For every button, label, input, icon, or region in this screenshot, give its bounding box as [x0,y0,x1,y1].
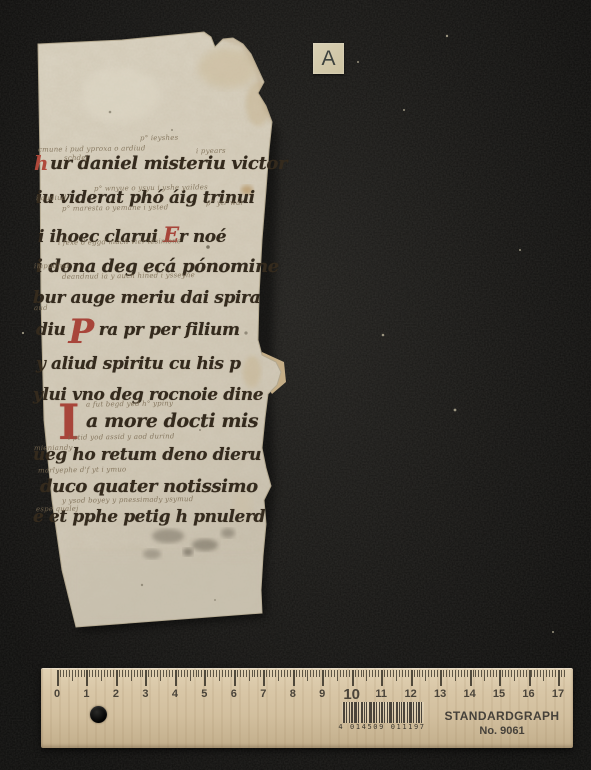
sequence-label-letter: A [321,47,335,71]
ruler-number: 10 [343,686,360,703]
ruler-tick [272,670,273,677]
ruler-tick [145,670,147,686]
ruler-tick [60,670,61,677]
ruler-tick [555,670,556,677]
ruler-tick [331,670,332,677]
ruler-tick [196,670,197,677]
ruler-tick [496,670,497,677]
ruler-tick [470,670,472,686]
ruler-tick [358,670,359,677]
ruler-tick [237,670,238,677]
ruler-tick [399,670,400,677]
barcode-bar [381,702,383,723]
photo-stage: h ur daniel misteriu victor iu viderat p… [0,0,591,770]
ruler-tick [387,670,388,677]
ruler-tick [431,670,432,677]
ruler-tick [369,670,370,677]
ruler-tick [363,670,364,677]
ruler-number: 11 [375,688,387,700]
ruler-tick [319,670,320,677]
ruler-tick [531,670,532,677]
ruler-tick [475,670,476,677]
ruler-tick [281,670,282,677]
barcode-bar [403,702,405,723]
ruler-tick [57,670,59,686]
ruler-tick [175,670,177,686]
ruler-tick [66,670,67,677]
ruler-number: 7 [260,688,266,700]
ruler-tick [187,670,188,677]
barcode-digits: 4 014509 011197 [336,723,428,731]
ruler-tick [316,670,317,677]
ruler-number: 12 [405,688,417,700]
ruler-tick [163,670,164,677]
ruler-tick [125,670,126,677]
barcode-bar [373,702,375,723]
ruler-tick [549,670,550,677]
ruler-tick [89,670,90,677]
ruler-tick [72,670,73,681]
ruler-tick [508,670,509,677]
ruler-tick [458,670,459,677]
ruler-tick [302,670,303,677]
ruler-tick [396,670,397,681]
ruler-tick [352,670,354,686]
ruler-tick [210,670,211,677]
ruler-tick [461,670,462,677]
ruler-tick [523,670,524,677]
ruler-tick [328,670,329,677]
ruler-tick [534,670,535,677]
ruler-tick [78,670,79,677]
ruler-tick [84,670,85,677]
ruler-tick [128,670,129,677]
ruler-tick [514,670,515,681]
ruler-tick [543,670,544,681]
ruler-tick [148,670,149,677]
ruler-tick [411,670,413,686]
ruler-tick [505,670,506,677]
ruler-tick [299,670,300,677]
ruler-tick [201,670,202,677]
ruler-tick [334,670,335,677]
ruler-tick [422,670,423,677]
ruler-tick [473,670,474,677]
ruler-tick [296,670,297,677]
ruler-tick [240,670,241,677]
ruler-tick [449,670,450,677]
ruler-number: 6 [231,688,237,700]
scene-graphic [0,0,591,770]
ruler-brand: STANDARDGRAPH [437,709,567,723]
ruler-tick [307,670,308,681]
ruler-tick [552,670,553,677]
ruler-tick [157,670,158,677]
ruler-tick [63,670,64,677]
ruler-tick [511,670,512,677]
ruler-tick [487,670,488,677]
ruler-tick [198,670,199,677]
ruler-tick [340,670,341,677]
barcode-bar [379,702,380,723]
barcode-bar [399,702,400,723]
ruler-tick [361,670,362,677]
ruler-tick [419,670,420,677]
ruler-tick [228,670,229,677]
ruler-tick [254,670,255,677]
sequence-label-tile: A [313,43,344,74]
barcode-bar [396,702,398,723]
ruler-tick [372,670,373,677]
ruler-tick [414,670,415,677]
ruler-tick [343,670,344,677]
ruler-tick [104,670,105,677]
ruler-tick [437,670,438,677]
ruler-tick [181,670,182,677]
ruler-tick [499,670,501,686]
ruler-number: 13 [434,688,446,700]
ruler-tick [517,670,518,677]
barcode-bar [401,702,402,723]
barcode-bar [416,702,417,723]
barcode-bar [409,702,412,723]
ruler-tick [546,670,547,677]
ruler-number: 4 [172,688,178,700]
ruler-tick [178,670,179,677]
barcode-bar [384,702,385,723]
ruler-tick [110,670,111,677]
barcode-bar [418,702,420,723]
ruler-tick [95,670,96,677]
ruler-tick [390,670,391,677]
ruler-tick [184,670,185,677]
ruler-tick [266,670,267,677]
barcode-bar [369,702,372,723]
barcode-bar [421,702,422,723]
ruler-tick [98,670,99,677]
ruler-tick [558,670,560,686]
ruler-tick [287,670,288,677]
ruler-tick [101,670,102,681]
barcode-bar [389,702,392,723]
ruler-tick [260,670,261,677]
ruler-tick [169,670,170,677]
ruler-tick [216,670,217,677]
ruler-tick [154,670,155,677]
barcode-bar [387,702,388,723]
ruler-tick [107,670,108,677]
ruler-tick [92,670,93,677]
ruler-tick [526,670,527,677]
ruler-tick [190,670,191,681]
ruler-tick [284,670,285,677]
barcode-bar [358,702,359,723]
ruler-number: 8 [290,688,296,700]
ruler-tick [231,670,232,677]
ruler-tick [252,670,253,677]
ruler-tick [428,670,429,677]
ruler-tick [417,670,418,677]
ruler-tick [81,670,82,677]
ruler-tick [443,670,444,677]
ruler-tick [137,670,138,677]
ruler-model: No. 9061 [437,725,567,737]
ruler-tick [561,670,562,677]
ruler-tick [484,670,485,681]
ruler-tick [219,670,220,681]
ruler-tick [537,670,538,677]
ruler-number: 9 [319,688,325,700]
ruler-tick [425,670,426,681]
ruler-tick [346,670,347,677]
barcode-bar [361,702,363,723]
barcode-bar [376,702,377,723]
ruler-tick [305,670,306,677]
ruler-tick [293,670,295,686]
ruler-tick [520,670,521,677]
ruler-tick [381,670,383,686]
ruler-number: 14 [463,688,475,700]
ruler-number: 0 [54,688,60,700]
ruler-tick [452,670,453,677]
barcode-bar [393,702,394,723]
ruler-tick [405,670,406,677]
ruler-tick [402,670,403,677]
ruler-tick [142,670,143,677]
ruler-tick [166,670,167,677]
ruler-number: 3 [142,688,148,700]
ruler-tick [337,670,338,681]
ruler-tick [246,670,247,677]
ruler-tick [275,670,276,677]
ruler: 01234567891011121314151617 4 014509 0111… [41,668,573,748]
ruler-tick [207,670,208,677]
ruler-tick [322,670,324,686]
ruler-number: 16 [522,688,534,700]
ruler-tick [493,670,494,677]
ruler-number: 5 [201,688,207,700]
ruler-tick [193,670,194,677]
ruler-tick [366,670,367,681]
ruler-tick [86,670,88,686]
ruler-number: 2 [113,688,119,700]
ruler-tick [160,670,161,681]
barcode-bar [364,702,365,723]
ruler-tick [204,670,206,686]
ruler-number: 1 [83,688,89,700]
ruler-tick [446,670,447,677]
ruler-tick [151,670,152,677]
ruler-tick [140,670,141,677]
ruler-tick [313,670,314,677]
barcode-bar [343,702,345,723]
ruler-tick [384,670,385,677]
ruler-tick [564,670,565,677]
ruler-tick [378,670,379,677]
ruler-tick [440,670,442,686]
ruler-tick [455,670,456,681]
ruler-tick [269,670,270,677]
ruler-tick [408,670,409,677]
manuscript-fragment-shape [20,20,300,640]
ruler-tick [502,670,503,677]
ruler-tick [263,670,265,686]
barcode-bars [342,702,424,723]
ruler-tick [325,670,326,677]
ruler-tick [249,670,250,681]
barcode-bar [354,702,357,723]
ruler-tick [478,670,479,677]
ruler-tick [134,670,135,677]
ruler-tick [393,670,394,677]
ruler-tick [290,670,291,677]
barcode-bar [346,702,347,723]
barcode-bar [413,702,414,723]
ruler-tick [467,670,468,677]
ruler-tick [116,670,118,686]
barcode: 4 014509 011197 [336,702,428,734]
ruler-tick [434,670,435,677]
ruler-tick [131,670,132,681]
ruler-tick [222,670,223,677]
ruler-tick [481,670,482,677]
barcode-bar [351,702,353,723]
ruler-tick [257,670,258,677]
ruler-tick [213,670,214,677]
ruler-tick [349,670,350,677]
ruler-tick [310,670,311,677]
barcode-bar [407,702,408,723]
ruler-tick [113,670,114,677]
ruler-tick [355,670,356,677]
ruler-tick [225,670,226,677]
ruler-tick [119,670,120,677]
ruler-tick [122,670,123,677]
ruler-tick [234,670,236,686]
ruler-hole [90,706,107,723]
barcode-bar [349,702,350,723]
ruler-tick [490,670,491,677]
ruler-tick [375,670,376,677]
ruler-tick [278,670,279,681]
ruler-number: 15 [493,688,505,700]
ruler-tick [243,670,244,677]
ruler-tick [464,670,465,677]
ruler-tick [69,670,70,677]
ruler-tick [172,670,173,677]
ruler-number: 17 [552,688,564,700]
barcode-bar [366,702,367,723]
ruler-tick [75,670,76,677]
ruler-tick [529,670,531,686]
ruler-tick [540,670,541,677]
